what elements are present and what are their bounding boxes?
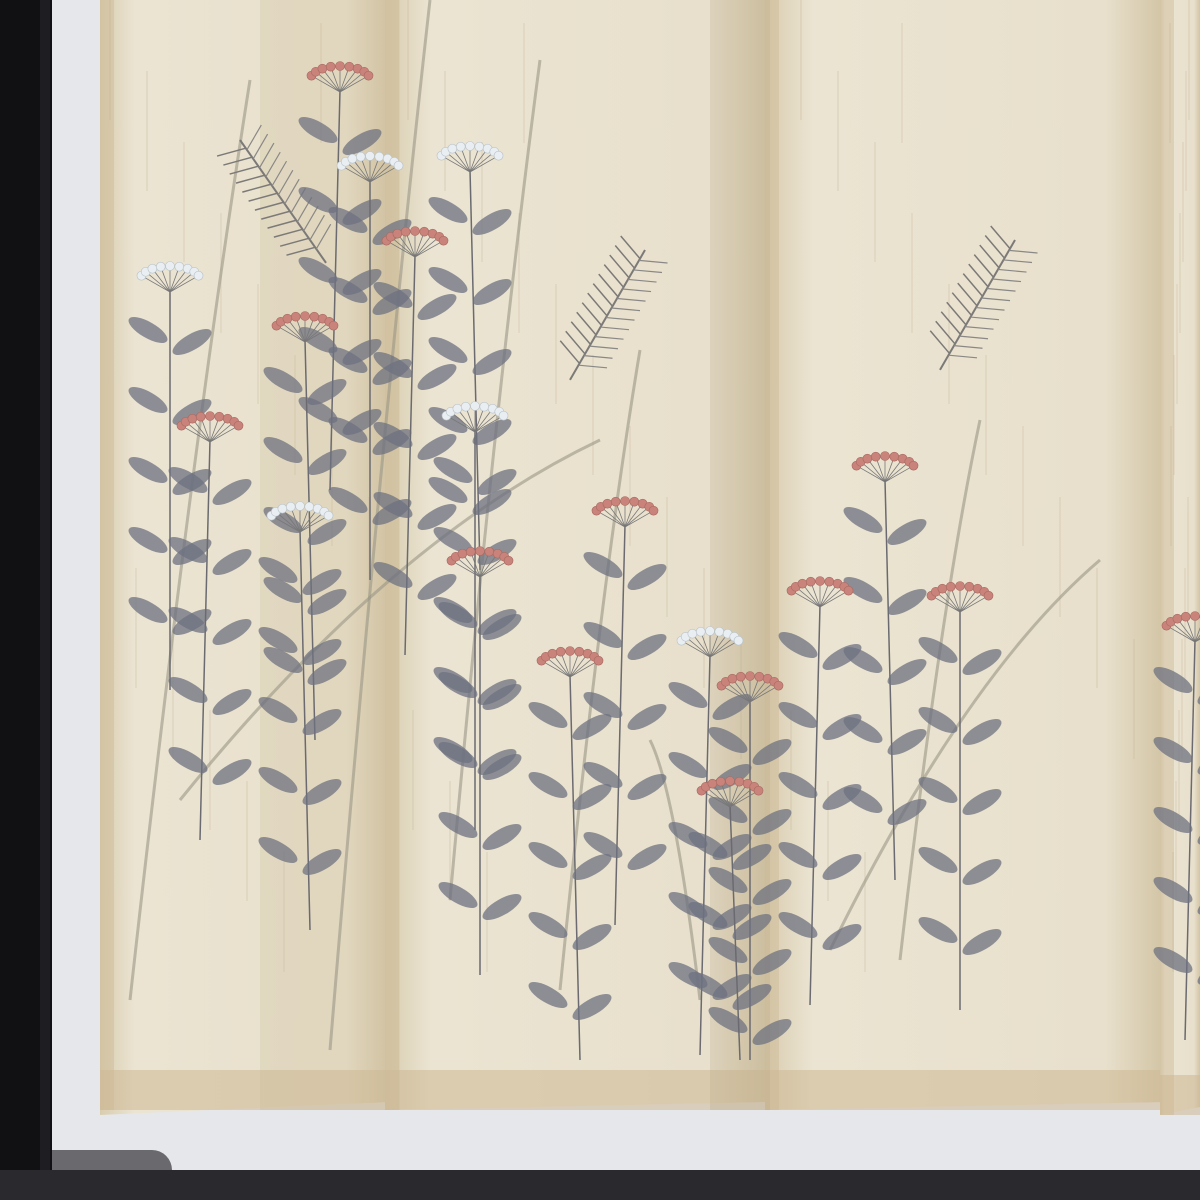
painted-curtain (0, 0, 1200, 1200)
